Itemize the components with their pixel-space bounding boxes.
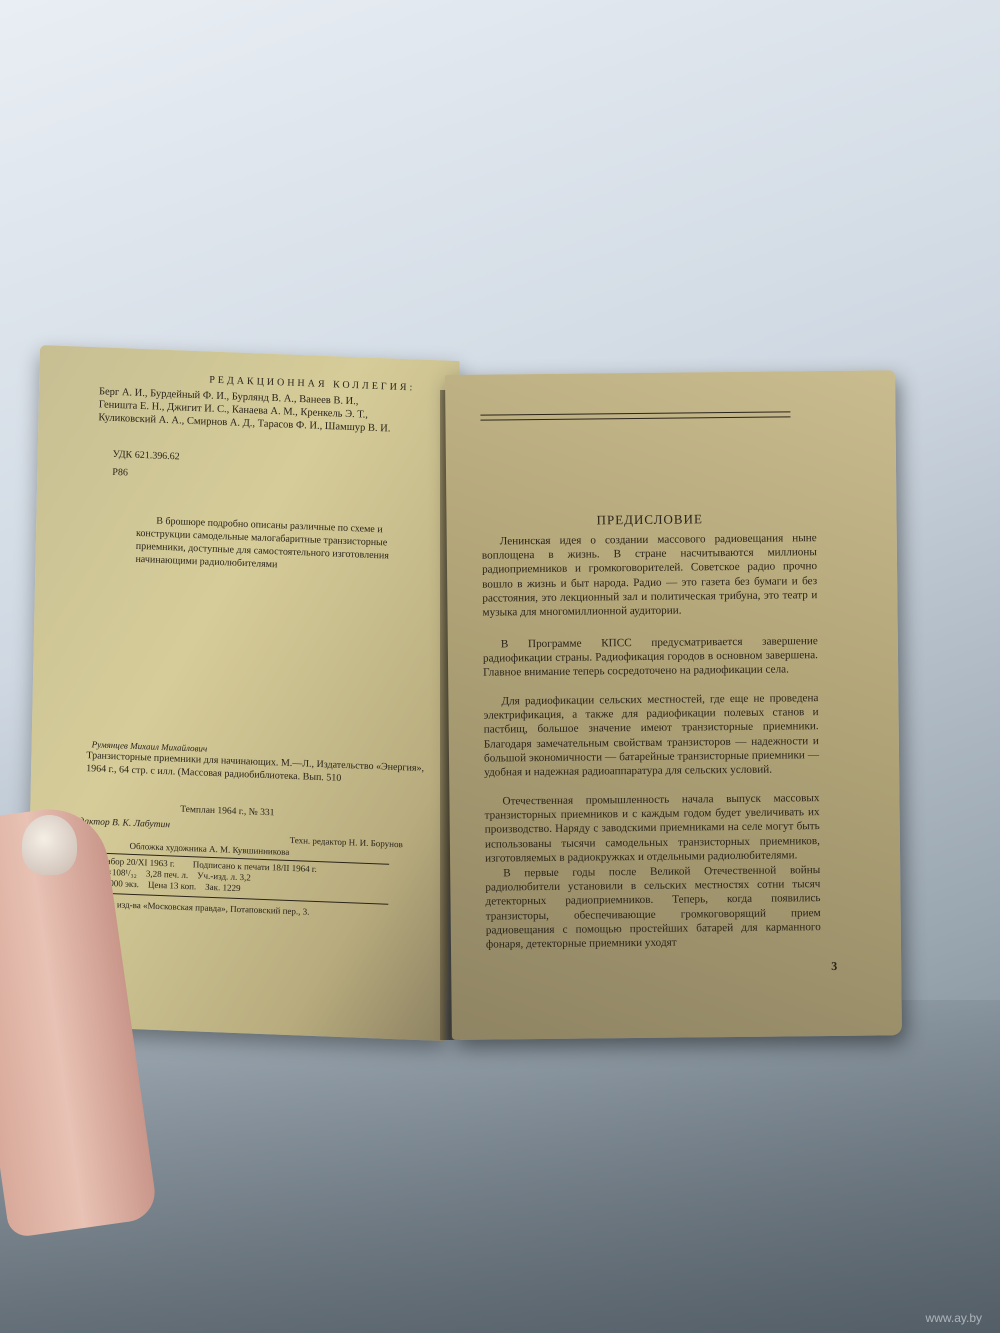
udk-code: УДК 621.396.62 xyxy=(113,448,180,465)
library-code: Р86 xyxy=(112,466,128,481)
edition-sheets: Уч.-изд. л. 3,2 xyxy=(197,870,251,882)
paragraph: Для радиофикации сельских местностей, гд… xyxy=(483,691,819,780)
double-rule xyxy=(480,411,790,420)
right-page: ПРЕДИСЛОВИЕ Ленинская идея о создании ма… xyxy=(445,370,902,1040)
watermark: www.ay.by xyxy=(926,1311,982,1325)
tech-editor: Техн. редактор Н. И. Борунов xyxy=(290,833,403,851)
paragraph: В первые годы после Великой Отечественно… xyxy=(485,863,821,952)
fingernail xyxy=(22,815,77,875)
order-number: Зак. 1229 xyxy=(205,882,241,893)
paragraph: Отечественная промышленность начала выпу… xyxy=(484,791,820,866)
price: Цена 13 коп. xyxy=(148,880,196,892)
print-sheets: 3,28 печ. л. xyxy=(146,868,189,880)
bibliography: Транзисторные приемники для начинающих. … xyxy=(86,750,436,788)
paragraph: Ленинская идея о создании массового ради… xyxy=(482,531,818,620)
plan: Темплан 1964 г., № 331 xyxy=(180,803,274,821)
page-title: ПРЕДИСЛОВИЕ xyxy=(596,512,703,527)
abstract: В брошюре подробно описаны различные по … xyxy=(135,514,436,578)
paragraph: В Программе КПСС предусматривается завер… xyxy=(483,634,818,680)
page-number: 3 xyxy=(831,959,837,973)
